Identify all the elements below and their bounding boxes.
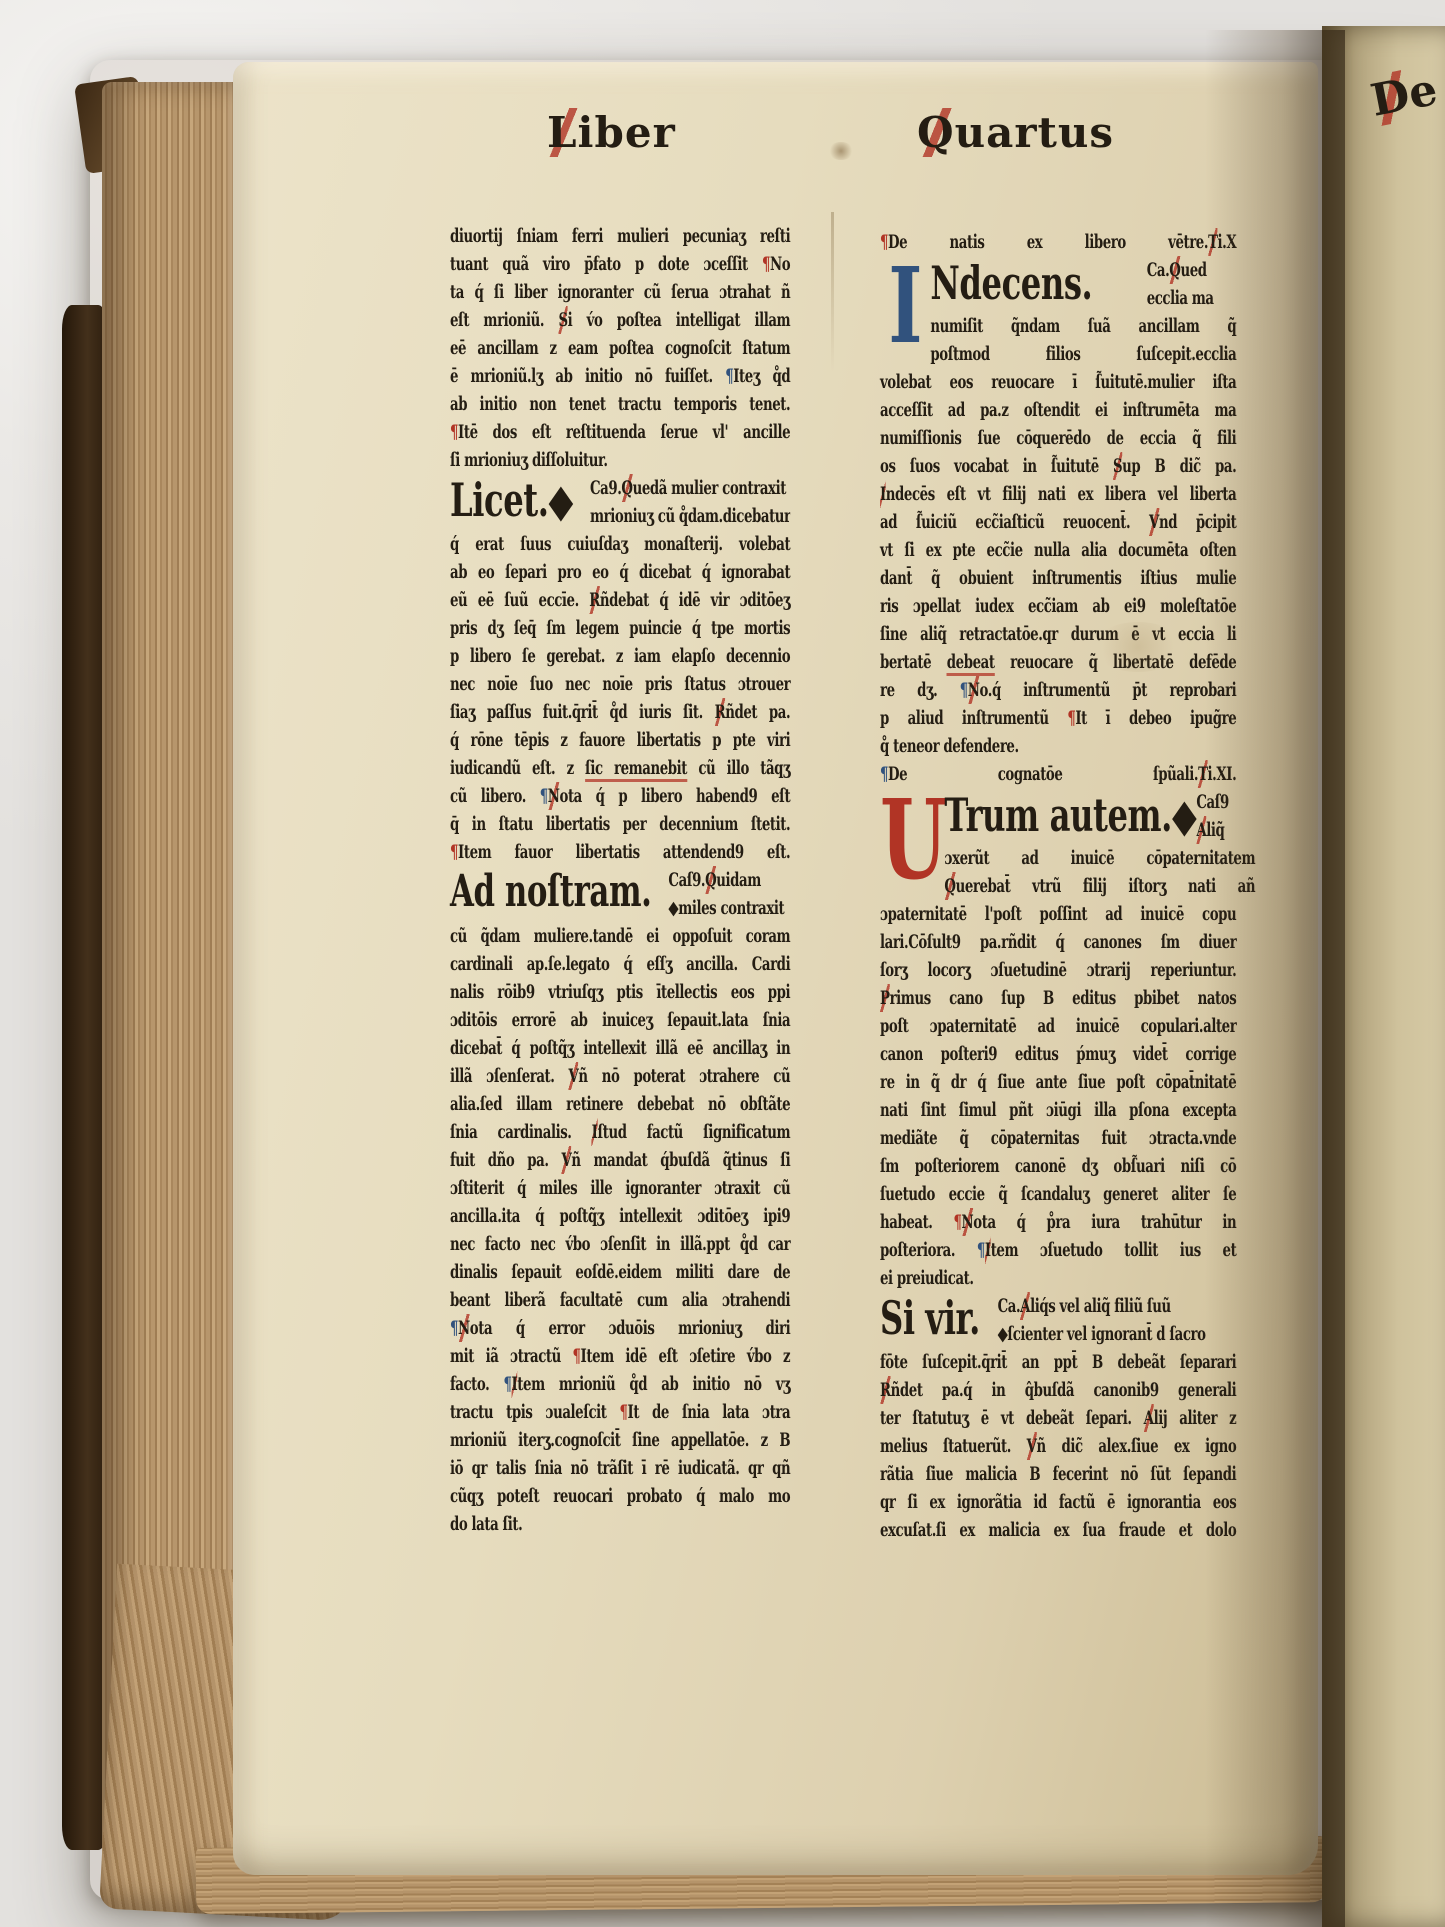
text-segment: It ī debeo ipug̃re	[1075, 707, 1236, 729]
text-segment: ancilla.ita q́ poſtq̃ʒ intellexit ɔditōe…	[450, 1205, 790, 1227]
rubricated-initial: Q	[917, 108, 955, 157]
text-segment: N	[548, 782, 560, 810]
text-segment: ris ɔpellat iudex ecc̃iam ab ei9 moleſta…	[880, 595, 1236, 617]
curled-page-text: q̃ bona oīa habere nō dñt. ¶Itēma excuſa…	[1322, 154, 1445, 1682]
text-segment: re in q̃ dr q́ ſiue ante ſiue poſt cōpat…	[880, 1071, 1236, 1093]
text-line: eſt mrioniũ. Si v́o poſtea intelligat il…	[450, 306, 790, 334]
text-segment: S	[558, 306, 567, 334]
text-segment: T	[1208, 228, 1217, 256]
text-line: ta q́ ſi liber ignoranter cũ ſerua ɔtrah…	[450, 278, 790, 306]
text-segment: ɔditōis errorē ab inuiceʒ ſepauit.lata ſ…	[450, 1009, 790, 1031]
text-line: nati ſint ſimul pñt ɔiūgi illa pſona exc…	[880, 1096, 1236, 1124]
text-segment: eē ancillam z eam poſtea cognoſcit ſtatu…	[450, 337, 790, 359]
heading-word: Trum autem.◆	[944, 788, 1196, 844]
text-segment: bertatē	[880, 651, 947, 673]
text-line: ſm poſteriorem canonē dʒ obſ̃uari niſi c…	[880, 1152, 1236, 1180]
text-segment: V	[561, 1146, 571, 1174]
text-segment: mit iã ɔtractũ	[450, 1345, 573, 1367]
text-segment: ñ dic̃ alex.ſiue ex igno	[1037, 1435, 1237, 1457]
text-line: ris ɔpellat iudex ecc̃iam ab ei9 moleſta…	[880, 592, 1236, 620]
text-segment: ſm poſteriorem canonē dʒ obſ̃uari niſi c…	[880, 1155, 1236, 1177]
text-line: p aliud inſtrumentũ ¶It ī debeo ipug̃re	[880, 704, 1236, 732]
text-line: canon poſteri9 editus ṕmuʒ videt̄ corrig…	[880, 1040, 1236, 1068]
text-segment: Item idē eſt ɔſetire v́bo z	[581, 1345, 791, 1367]
text-segment: i.XI.	[1208, 763, 1237, 785]
text-segment: do lata ſit.	[450, 1513, 522, 1535]
text-line: ab initio non tenet tractu temporis tene…	[450, 390, 790, 418]
text-line: vt ſi ex pte ecc̃ie nulla alia documēta …	[880, 536, 1236, 564]
text-line: ¶De natis ex libero vētre.Ti.X	[880, 228, 1236, 256]
text-segment: beant liberã facultatē cum alia ɔtrahend…	[450, 1289, 790, 1311]
text-line: ſuetudo eccie q̃ ſcandaluʒ generet alite…	[880, 1180, 1236, 1208]
text-segment: R	[589, 586, 600, 614]
text-line: fuit dño pa. Vñ mandat q́buſdã q̃tinus ſ…	[450, 1146, 790, 1174]
running-head-quartus: Quartus	[917, 108, 1114, 157]
text-line: excuſat.ſi ex malicia ex ſua fraude et d…	[880, 1516, 1236, 1544]
text-segment: excuſat.ſi ex malicia ex ſua fraude et d…	[880, 1519, 1236, 1541]
text-line: nec facto nec v́bo ɔſenſit in illã.ppt q…	[450, 1230, 790, 1258]
text-segment: It de ſnia lata ɔtra	[628, 1401, 791, 1423]
text-segment: ota q́ error ɔduōis mrioniuʒ diri	[470, 1317, 790, 1339]
text-line: q́ rōne tēpis z fauore libertatis p pte …	[450, 726, 790, 754]
section-heading: INdecens.Ca.Quedecclia manumiſit q̃ndam …	[880, 256, 1236, 368]
text-line: ¶Itē dos eſt reſtituenda ſerue vl' ancil…	[450, 418, 790, 446]
text-segment: q̄ in ſtatu libertatis per decennium ſte…	[450, 813, 790, 835]
running-head-next-page: De	[1367, 64, 1442, 127]
text-line: mediãte q̃ cōpaternitas fuit ɔtracta.vnd…	[880, 1124, 1236, 1152]
text-segment: os ſuos vocabat in ſ̃uitutē	[880, 455, 1113, 477]
text-line: q̄ in ſtatu libertatis per decennium ſte…	[450, 810, 790, 838]
text-segment: i.X	[1218, 231, 1237, 253]
text-line: facto. ¶Item mrioniũ q̊d ab initio nō vʒ	[450, 1370, 790, 1398]
text-segment: liq̃	[1206, 819, 1224, 841]
text-segment: q́ rōne tēpis z fauore libertatis p pte …	[450, 729, 790, 751]
text-segment: ſiaʒ paſſus fuit.q̄rit̄ q̊d iuris ſit.	[450, 701, 715, 723]
text-segment: ſtud factũ ſignificatum	[597, 1121, 790, 1143]
text-segment: N	[968, 676, 980, 704]
running-head-liber: Liber	[547, 108, 676, 157]
text-segment: iudicandũ eſt. z	[450, 757, 585, 779]
text-line: mit iã ɔtractũ ¶Item idē eſt ɔſetire v́b…	[450, 1342, 790, 1370]
text-line: lari.Cōſult9 pa.rñdit q́ canones ſm diue…	[880, 928, 1236, 956]
text-line: beant liberã facultatē cum alia ɔtrahend…	[450, 1286, 790, 1314]
text-segment: pris dʒ ſeq̄ ſm legem puincie q́ tpe mor…	[450, 617, 790, 639]
text-line: Indecēs eſt vt filij nati ex libera vel …	[880, 480, 1236, 508]
text-line: cũ libero. ¶Nota q́ p libero habend9 eſt	[450, 782, 790, 810]
pilcrow-mark: ¶	[960, 679, 968, 701]
text-segment: ñdebat q́ idē vir ɔditōeʒ	[600, 589, 790, 611]
text-segment: Item fauor libertatis attendend9 eſt.	[458, 841, 790, 863]
text-line: eũ eē ſuũ eccīe. Rñdebat q́ idē vir ɔdit…	[450, 586, 790, 614]
pilcrow-mark: ¶	[540, 785, 548, 807]
text-line: ɔpaternitatē l'poſt poſſint ad inuicē co…	[880, 900, 1236, 928]
text-segment: Caſ9.	[668, 869, 705, 891]
text-line: habeat. ¶Nota q́ p̊ra iura trahūtur in	[880, 1208, 1236, 1236]
text-segment: ñ mandat q́buſdã q̃tinus ſi	[571, 1149, 790, 1171]
text-line: ad ſ̃uiciũ ecc̃iaſticũ reuocent̄. Vnd p̄…	[880, 508, 1236, 536]
text-segment: ndecēs eſt vt filij nati ex libera vel l…	[886, 483, 1236, 505]
text-column-left: diuortij ſniam ferri mulieri pecuniaʒ re…	[450, 222, 936, 1538]
verso-page: Liber Quartus diuortij ſniam ferri mulie…	[233, 62, 1318, 1875]
text-segment: cardinali ap.ſe.legato q́ eſſʒ ancilla. …	[450, 953, 790, 975]
text-segment: q́ erat ſuus cuiuſdaʒ monaſterij. voleba…	[450, 533, 790, 555]
text-segment: ſic remanebit	[585, 757, 687, 782]
pilcrow-mark: ¶	[880, 231, 888, 253]
text-segment: No	[770, 253, 790, 275]
text-line: ſiaʒ paſſus fuit.q̄rit̄ q̊d iuris ſit. R…	[450, 698, 790, 726]
text-line: ¶Nota q́ error ɔduōis mrioniuʒ diri	[450, 1314, 790, 1342]
text-line: ſi mrioniuʒ diſſoluitur.	[450, 446, 790, 474]
text-segment: ſnia cardinalis.	[450, 1121, 592, 1143]
text-line: tuant quã viro p̄fato p dote ɔceſſit ¶No	[450, 250, 790, 278]
photo-of-open-incunabulum: Liber Quartus diuortij ſniam ferri mulie…	[0, 0, 1445, 1927]
text-line: Primus cano ſup B editus pbibet natos	[880, 984, 1236, 1012]
text-segment: facto.	[450, 1373, 503, 1395]
pilcrow-mark: ¶	[450, 841, 458, 863]
text-line: acceſſit ad pa.z oſtendit ei inſtrumēta …	[880, 396, 1236, 424]
page-crease	[831, 212, 834, 372]
text-segment: p aliud inſtrumentũ	[880, 707, 1067, 729]
text-segment: ñdet pa.q́ in q̂buſdã canonib9 generali	[891, 1379, 1237, 1401]
text-line: ¶Item fauor libertatis attendend9 eſt.	[450, 838, 790, 866]
text-line: nec noīe ſuo nec noīe pris ſtatus ɔtroue…	[450, 670, 790, 698]
text-segment: tractu tpis ɔualeſcit	[450, 1401, 620, 1423]
text-segment: ñdet pa.	[725, 701, 790, 723]
text-segment: fōte ſuſcepit.q̄rit̄ an ppt̄ B debeãt ſe…	[880, 1351, 1236, 1373]
text-segment: P	[880, 984, 890, 1012]
text-segment: Iteʒ q̊d	[733, 365, 790, 387]
pilcrow-mark: ¶	[450, 421, 458, 443]
text-segment: rimus cano ſup B editus pbibet natos	[890, 987, 1237, 1009]
text-line: nalis rōib9 vtriuſqʒ ptis ītellectis eos…	[450, 978, 790, 1006]
text-line: ei preiudicat.	[880, 1264, 1236, 1292]
text-line: numiſſionis ſue cōquerēdo de eccia q̃ fi…	[880, 424, 1236, 452]
text-segment: T	[1198, 760, 1207, 788]
illuminated-drop-cap: I	[880, 256, 930, 368]
text-line: eē ancillam z eam poſtea cognoſcit ſtatu…	[450, 334, 790, 362]
text-line: re in q̃ dr q́ ſiue ante ſiue poſt cōpat…	[880, 1068, 1236, 1096]
text-segment: ñ nō poterat ɔtrahere cũ	[578, 1065, 790, 1087]
text-segment: cũ q̃dam muliere.tandē ei oppoſuit coram	[450, 925, 790, 947]
text-line: ɔditōis errorē ab inuiceʒ ſepauit.lata ſ…	[450, 1006, 790, 1034]
text-line: q̊ teneor defendere.	[880, 732, 1236, 760]
text-segment: ɔxerũt ad inuicē cōpaternitatem	[944, 847, 1255, 869]
text-segment: poſt ɔpaternitatē ad inuicē copulari.alt…	[880, 1015, 1236, 1037]
text-segment: ◆miles contraxit	[668, 897, 784, 919]
text-segment: ɔſtiterit q́ miles ille ignoranter ɔtrax…	[450, 1177, 790, 1199]
text-segment: Q	[621, 474, 632, 502]
heading-word: Ndecens.	[930, 256, 1146, 312]
text-line: volebat eos reuocare ī ſ̃uitutē.mulier i…	[880, 368, 1236, 396]
section-heading: Si vir.Ca.Aliq́s vel aliq̃ filiũ ſuũ◆ſci…	[880, 1292, 1236, 1348]
text-segment: p libero ſe gerebat. z iam elapſo decenn…	[450, 645, 790, 667]
text-segment: A	[1144, 1404, 1154, 1432]
rubricated-initial: L	[547, 108, 578, 157]
heading-word: Si vir.	[880, 1292, 998, 1348]
text-segment: o.q́ inſtrumentũ p̄t reprobari	[980, 679, 1237, 701]
text-segment: Ca.	[1147, 259, 1170, 281]
text-line: ē mrioniũ.lʒ ab initio nō fuiſſet. ¶Iteʒ…	[450, 362, 790, 390]
pilcrow-mark: ¶	[954, 1211, 962, 1233]
text-segment: ◆ſcienter vel ignorant̄ d ſacro	[998, 1323, 1206, 1345]
text-segment: mediãte q̃ cōpaternitas fuit ɔtracta.vnd…	[880, 1127, 1236, 1149]
text-column-right: ¶De natis ex libero vētre.Ti.XINdecens.C…	[880, 228, 1389, 1544]
text-segment: ota q́ p libero habend9 eſt	[560, 785, 791, 807]
text-segment: N	[962, 1208, 974, 1236]
section-heading: Ad noſtram.Caſ9.Quidam◆miles contraxit	[450, 866, 790, 922]
text-line: dicebat̄ q́ poſtq̃ʒ intellexit illã eē a…	[450, 1034, 790, 1062]
text-segment: reuocare q̃ libertatē defēde	[995, 651, 1237, 673]
text-line: ɔſtiterit q́ miles ille ignoranter ɔtrax…	[450, 1174, 790, 1202]
text-segment: cũ libero.	[450, 785, 540, 807]
text-segment: poſteriora.	[880, 1239, 977, 1261]
text-segment: illã ɔſenſerat.	[450, 1065, 569, 1087]
text-segment: nec noīe ſuo nec noīe pris ſtatus ɔtroue…	[450, 673, 790, 695]
section-heading: UTrum autem.◆Caſ9Aliq̃ɔxerũt ad inuicē c…	[880, 788, 1236, 900]
text-segment: debeat	[947, 651, 995, 676]
text-segment: qr ſi ex ignorãtia id factũ ē ignorantia…	[880, 1491, 1236, 1513]
text-line: do lata ſit.	[450, 1510, 790, 1538]
text-segment: ſine aliq̃ retractatōe.qr durum ē vt ecc…	[880, 623, 1236, 645]
text-segment: melius ſtatuerũt.	[880, 1435, 1027, 1457]
pilcrow-mark: ¶	[977, 1239, 985, 1261]
text-line: tractu tpis ɔualeſcit ¶It de ſnia lata ɔ…	[450, 1398, 790, 1426]
text-segment: ecclia ma	[1147, 287, 1214, 309]
pilcrow-mark: ¶	[725, 365, 733, 387]
text-segment: Q	[1169, 256, 1180, 284]
text-segment: ued	[1180, 259, 1206, 281]
text-line: iudicandũ eſt. z ſic remanebit cũ illo t…	[450, 754, 790, 782]
text-segment: ab eo ſepari pro eo q́ dicebat q́ ignora…	[450, 561, 790, 583]
text-segment: alia.ſed illam retinere debebat nō obſtã…	[450, 1093, 790, 1115]
text-segment: V	[1149, 508, 1159, 536]
pilcrow-mark: ¶	[620, 1401, 628, 1423]
text-segment: uedã mulier contraxit	[633, 477, 786, 499]
text-segment: re dʒ.	[880, 679, 960, 701]
text-segment: eũ eē ſuũ eccīe.	[450, 589, 589, 611]
text-line: bertatē debeat reuocare q̃ libertatē def…	[880, 648, 1236, 676]
text-segment: ad ſ̃uiciũ ecc̃iaſticũ reuocent̄.	[880, 511, 1149, 533]
text-line: poſteriora. ¶Item ɔſuetudo tollit ius et	[880, 1236, 1236, 1264]
text-segment: nd p̄cipit	[1159, 511, 1236, 533]
text-segment: numiſit q̃ndam ſuã ancillam q̃	[930, 315, 1236, 337]
text-segment: rãtia ſiue malicia B fecerint nō ſūt ſep…	[880, 1463, 1236, 1485]
text-segment: iō qr talis ſnia nō trãſit ī rē iudicatã…	[450, 1457, 790, 1479]
text-line: dant̄ q̃ obuient inſtrumentis iſtius mul…	[880, 564, 1236, 592]
text-segment: vt ſi ex pte ecc̃ie nulla alia documēta …	[880, 539, 1236, 561]
text-segment: Ca.	[998, 1295, 1021, 1317]
text-line: melius ſtatuerũt. Vñ dic̃ alex.ſiue ex i…	[880, 1432, 1236, 1460]
text-segment: tem mrioniũ q̊d ab initio nō vʒ	[517, 1373, 790, 1395]
text-segment: cũqʒ poteſt reuocari probato q́ malo mo	[450, 1485, 790, 1507]
text-segment: uerebat̄ vtrũ filij iſtorʒ nati añ	[956, 875, 1256, 897]
text-segment: ſorʒ locorʒ ɔſuetudinē ɔtrarij reperiunt…	[880, 959, 1236, 981]
text-line: os ſuos vocabat in ſ̃uitutē Sup B dic̃ p…	[880, 452, 1236, 480]
text-segment: nec facto nec v́bo ɔſenſit in illã.ppt q…	[450, 1233, 790, 1255]
text-line: rãtia ſiue malicia B fecerint nō ſūt ſep…	[880, 1460, 1236, 1488]
text-segment: fuit dño pa.	[450, 1149, 561, 1171]
text-line: ter ſtatutuʒ ē vt debeãt ſepari. Alij al…	[880, 1404, 1236, 1432]
text-segment: V	[569, 1062, 579, 1090]
text-segment: numiſſionis ſue cōquerēdo de eccia q̃ fi…	[880, 427, 1236, 449]
text-segment: up B dic̃ pa.	[1122, 455, 1236, 477]
text-line: pris dʒ ſeq̄ ſm legem puincie q́ tpe mor…	[450, 614, 790, 642]
text-line: qr ſi ex ignorãtia id factũ ē ignorantia…	[880, 1488, 1236, 1516]
text-segment: nalis rōib9 vtriuſqʒ ptis ītellectis eos…	[450, 981, 790, 1003]
text-line: q́ erat ſuus cuiuſdaʒ monaſterij. voleba…	[450, 530, 790, 558]
text-segment: liq́s vel aliq̃ filiũ ſuũ	[1030, 1295, 1171, 1317]
text-segment: De natis ex libero vētre.	[888, 231, 1208, 253]
text-segment: tuant quã viro p̄fato p dote ɔceſſit	[450, 253, 762, 275]
pilcrow-mark: ¶	[1067, 707, 1075, 729]
text-line: ab eo ſepari pro eo q́ dicebat q́ ignora…	[450, 558, 790, 586]
text-line: poſt ɔpaternitatē ad inuicē copulari.alt…	[880, 1012, 1236, 1040]
text-line: p libero ſe gerebat. z iam elapſo decenn…	[450, 642, 790, 670]
text-segment: habeat.	[880, 1211, 954, 1233]
text-segment: N	[458, 1314, 470, 1342]
text-segment: volebat eos reuocare ī ſ̃uitutē.mulier i…	[880, 371, 1236, 393]
text-line: illã ɔſenſerat. Vñ nō poterat ɔtrahere c…	[450, 1062, 790, 1090]
pilcrow-mark: ¶	[503, 1373, 511, 1395]
text-line: iō qr talis ſnia nō trãſit ī rē iudicatã…	[450, 1454, 790, 1482]
text-segment: q̊ teneor defendere.	[880, 735, 1019, 757]
illuminated-drop-cap: U	[880, 788, 944, 900]
text-segment: A	[1196, 816, 1206, 844]
text-line: diuortij ſniam ferri mulieri pecuniaʒ re…	[450, 222, 790, 250]
text-segment: dinalis ſepauit eoſdē.eidem militi dare …	[450, 1261, 790, 1283]
text-segment: Q	[705, 866, 716, 894]
heading-word: Ad noſtram.	[450, 866, 668, 922]
text-segment: cũ illo tãqʒ	[687, 757, 790, 779]
text-segment: acceſſit ad pa.z oſtendit ei inſtrumēta …	[880, 399, 1236, 421]
text-segment: canon poſteri9 editus ṕmuʒ videt̄ corrig…	[880, 1043, 1236, 1065]
text-segment: mrioniuʒ cũ q̊dam.dicebatur	[590, 505, 790, 527]
text-line: ſnia cardinalis. Iſtud factũ ſignificatu…	[450, 1118, 790, 1146]
text-line: dinalis ſepauit eoſdē.eidem militi dare …	[450, 1258, 790, 1286]
text-segment: Itē dos eſt reſtituenda ſerue vl' ancill…	[458, 421, 790, 443]
text-segment: ab initio non tenet tractu temporis tene…	[450, 393, 790, 415]
text-segment: tem ɔſuetudo tollit ius et	[991, 1239, 1237, 1261]
recto-page-sliver: De q̃ bona oīa habere nō dñt. ¶Itēma exc…	[1322, 26, 1445, 1927]
heading-word: Licet.◆	[450, 474, 590, 530]
text-segment: R	[880, 1376, 891, 1404]
text-segment: lij aliter z	[1154, 1407, 1237, 1429]
text-segment: V	[1027, 1432, 1037, 1460]
text-segment: ɔpaternitatē l'poſt poſſint ad inuicē co…	[880, 903, 1236, 925]
text-line: alia.ſed illam retinere debebat nō obſtã…	[450, 1090, 790, 1118]
text-segment: Q	[944, 872, 955, 900]
text-segment: Caſ9	[1196, 791, 1229, 813]
text-segment: ſuetudo eccie q̃ ſcandaluʒ generet alite…	[880, 1183, 1236, 1205]
text-segment: ta q́ ſi liber ignoranter cũ ſerua ɔtrah…	[450, 281, 790, 303]
text-segment: R	[715, 698, 726, 726]
text-line: ſine aliq̃ retractatōe.qr durum ē vt ecc…	[880, 620, 1236, 648]
text-line: ancilla.ita q́ poſtq̃ʒ intellexit ɔditōe…	[450, 1202, 790, 1230]
text-segment: ē mrioniũ.lʒ ab initio nō fuiſſet.	[450, 365, 725, 387]
text-segment: dicebat̄ q́ poſtq̃ʒ intellexit illã eē a…	[450, 1037, 790, 1059]
text-segment: ei preiudicat.	[880, 1267, 974, 1289]
text-segment: poſtmod filios ſuſcepit.ecclia	[930, 343, 1236, 365]
text-segment: nati ſint ſimul pñt ɔiūgi illa pſona exc…	[880, 1099, 1236, 1121]
text-line: ſorʒ locorʒ ɔſuetudinē ɔtrarij reperiunt…	[880, 956, 1236, 984]
pilcrow-mark: ¶	[762, 253, 770, 275]
page-stain	[828, 142, 854, 160]
text-segment: ſi mrioniuʒ diſſoluitur.	[450, 449, 608, 471]
text-segment: dant̄ q̃ obuient inſtrumentis iſtius mul…	[880, 567, 1236, 589]
text-segment: ota q́ p̊ra iura trahūtur in	[973, 1211, 1236, 1233]
pilcrow-mark: ¶	[573, 1345, 581, 1367]
text-line: fōte ſuſcepit.q̄rit̄ an ppt̄ B debeãt ſe…	[880, 1348, 1236, 1376]
text-segment: lari.Cōſult9 pa.rñdit q́ canones ſm diue…	[880, 931, 1236, 953]
text-line: Rñdet pa.q́ in q̂buſdã canonib9 generali	[880, 1376, 1236, 1404]
text-segment: S	[1113, 452, 1122, 480]
text-line: cũ q̃dam muliere.tandē ei oppoſuit coram	[450, 922, 790, 950]
text-segment: uidam	[716, 869, 761, 891]
text-segment: ter ſtatutuʒ ē vt debeãt ſepari.	[880, 1407, 1144, 1429]
text-segment: A	[1020, 1292, 1030, 1320]
text-segment: mrioniũ iterʒ.cognoſcit̄ ſine appellatōe…	[450, 1429, 790, 1451]
text-line: cũqʒ poteſt reuocari probato q́ malo mo	[450, 1482, 790, 1510]
text-line: cardinali ap.ſe.legato q́ eſſʒ ancilla. …	[450, 950, 790, 978]
text-segment: i v́o poſtea intelligat illam	[568, 309, 791, 331]
text-segment: eſt mrioniũ.	[450, 309, 558, 331]
section-heading: Licet.◆Ca9.Quedã mulier contraxitmrioniu…	[450, 474, 790, 530]
pilcrow-mark: ¶	[450, 1317, 458, 1339]
text-line: mrioniũ iterʒ.cognoſcit̄ ſine appellatōe…	[450, 1426, 790, 1454]
text-line: re dʒ. ¶No.q́ inſtrumentũ p̄t reprobari	[880, 676, 1236, 704]
text-segment: diuortij ſniam ferri mulieri pecuniaʒ re…	[450, 225, 790, 247]
text-segment: Ca9.	[590, 477, 621, 499]
